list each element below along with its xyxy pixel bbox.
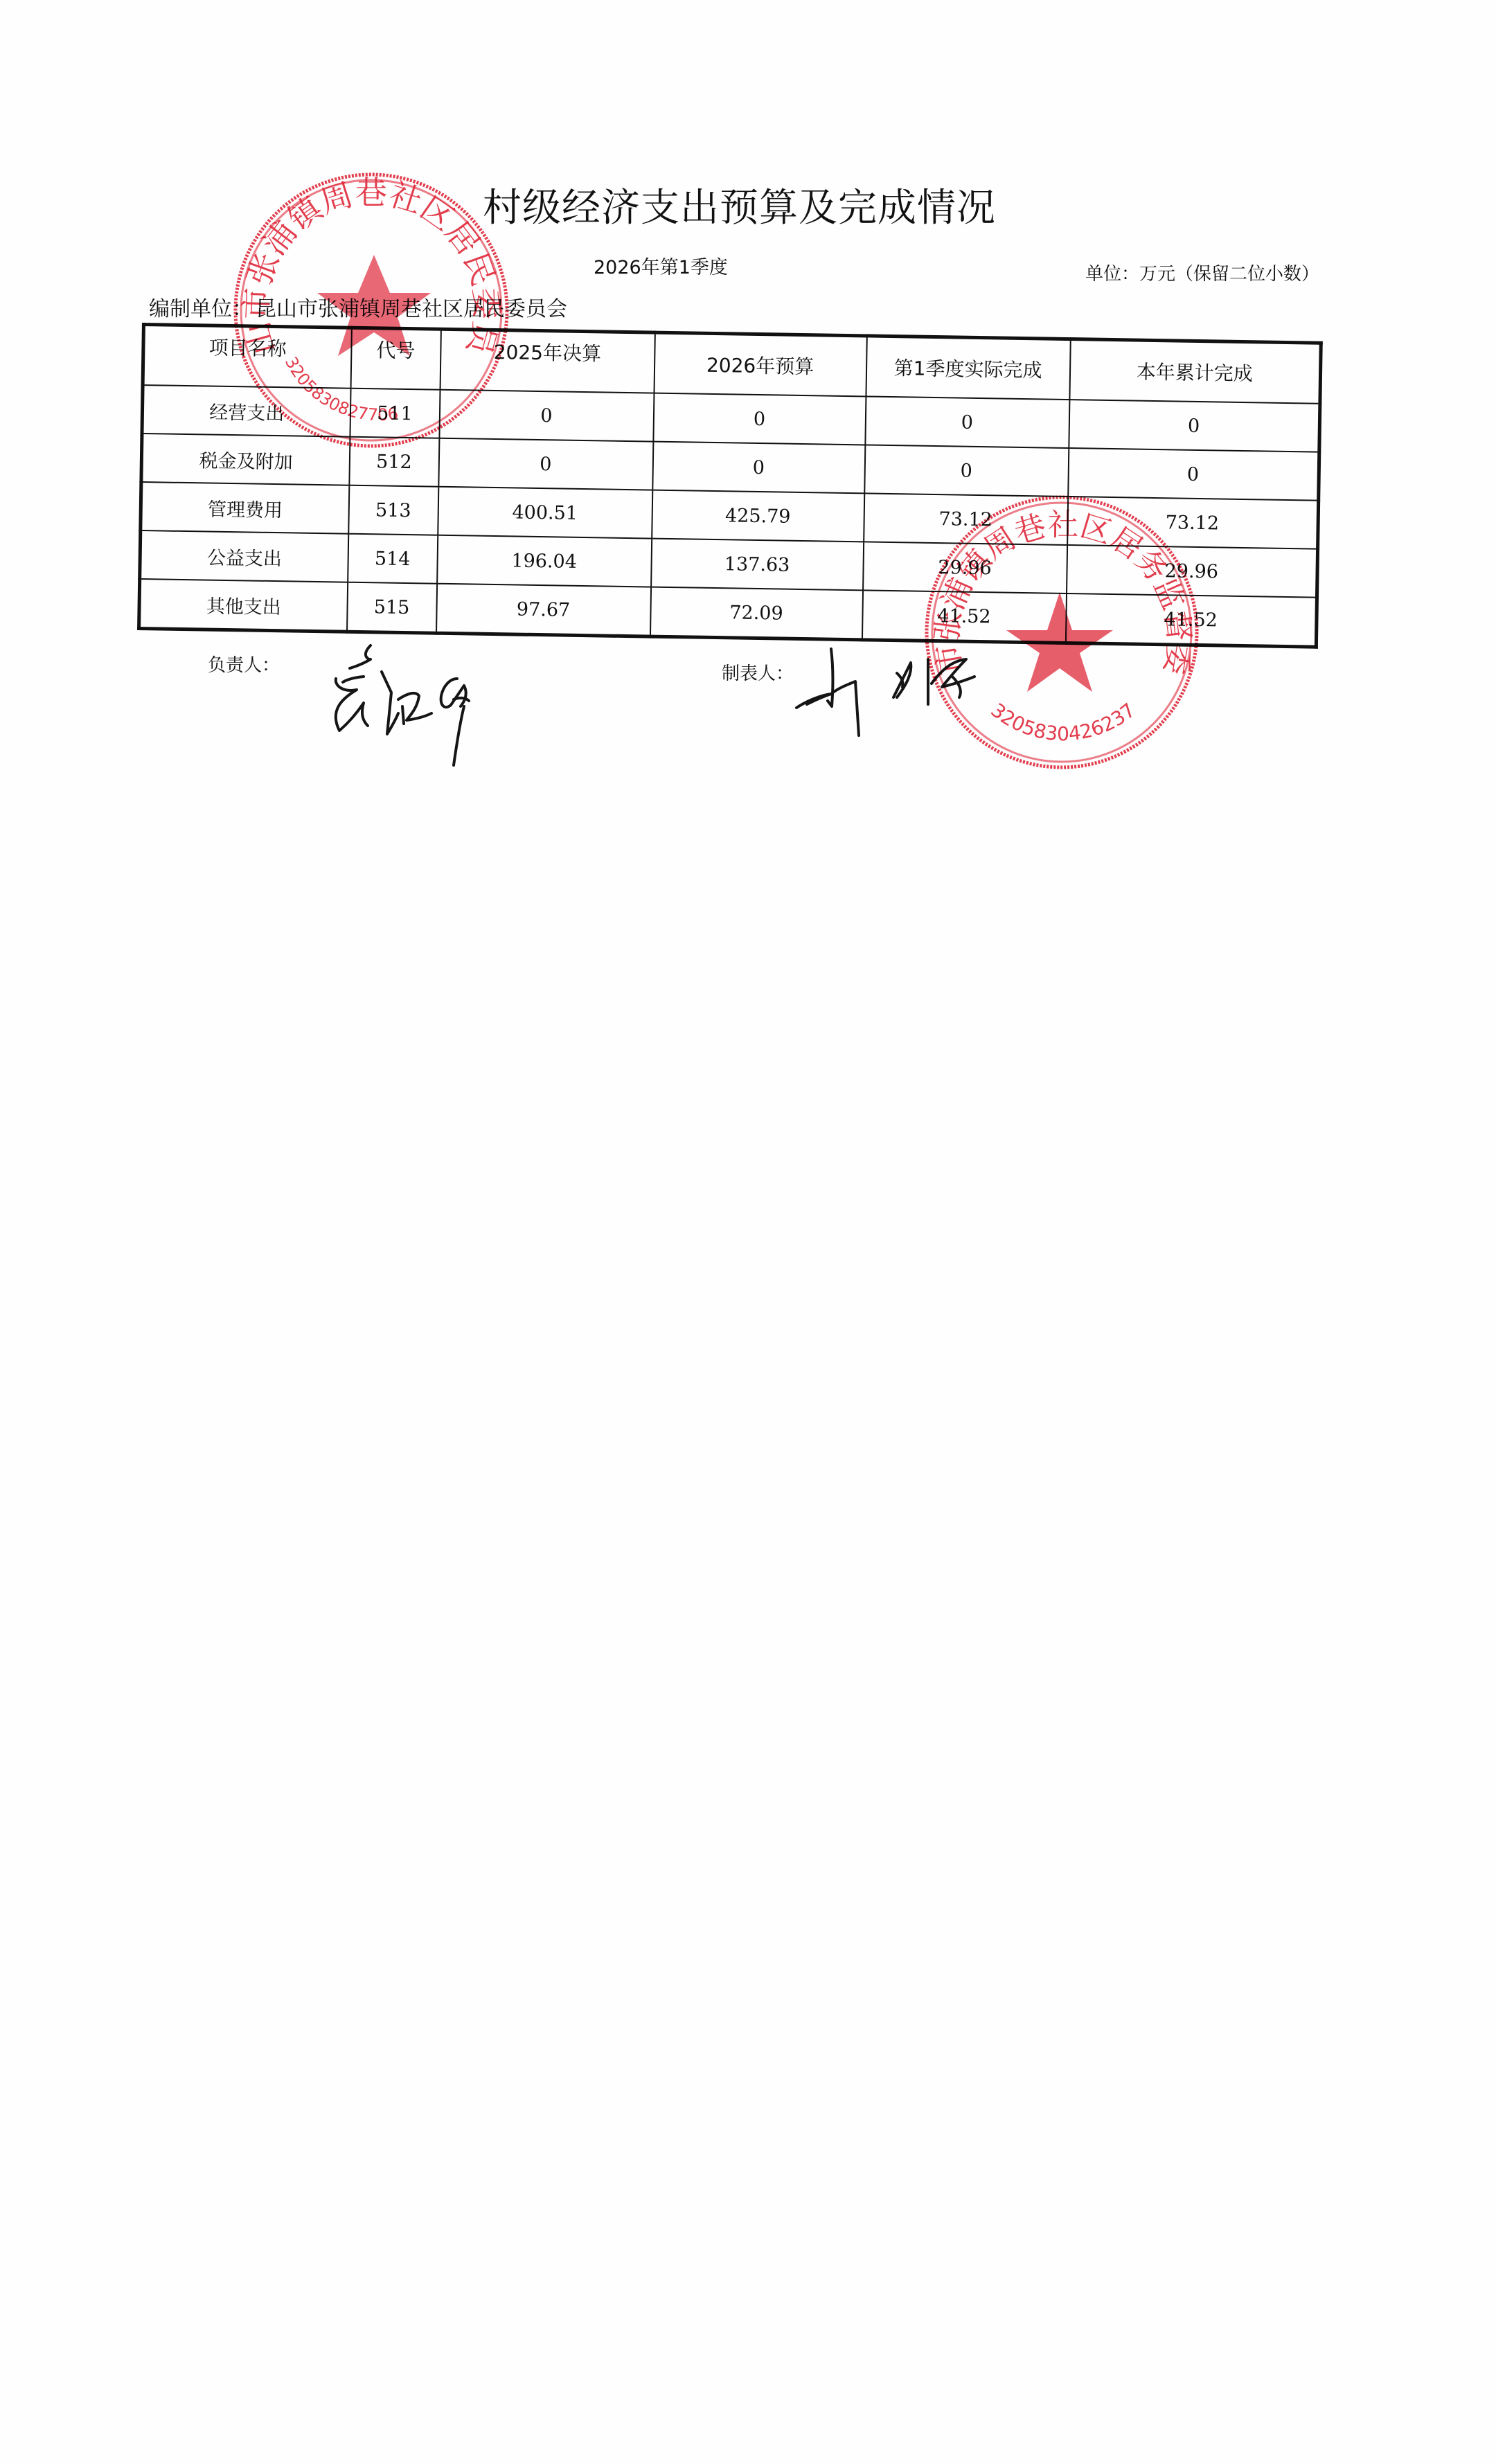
item-name: 管理费用 — [141, 482, 349, 534]
ytd-value: 0 — [1069, 400, 1320, 452]
q1-actual-value: 0 — [865, 396, 1069, 448]
final-2025-value: 400.51 — [438, 487, 652, 539]
document-title: 村级经济支出预算及完成情况 — [483, 177, 996, 233]
budget-2026-value: 425.79 — [652, 490, 864, 542]
official-seal-icon: 昆山市张浦镇周巷社区居民委员会 3205830827706 — [233, 172, 510, 449]
budget-2026-value: 72.09 — [650, 587, 862, 640]
item-code: 513 — [348, 485, 438, 535]
final-2025-value: 97.67 — [436, 584, 651, 636]
budget-2026-value: 137.63 — [651, 539, 864, 591]
svg-text:3205830426237: 3205830426237 — [986, 699, 1139, 745]
seal-number: 3205830827706 — [281, 354, 400, 425]
header-q1-actual: 第1季度实际完成 — [866, 336, 1070, 400]
supervisory-seal-icon: 昆山市张浦镇周巷社区居务监督委员会 3205830426237 — [925, 495, 1202, 772]
header-budget-2026: 2026年预算 — [654, 332, 866, 396]
budget-2026-value: 0 — [652, 442, 865, 494]
preparer-label: 制表人： — [722, 659, 794, 685]
report-period: 2026年第1季度 — [594, 252, 728, 279]
ytd-value: 0 — [1068, 448, 1319, 501]
svg-text:3205830827706: 3205830827706 — [281, 354, 400, 425]
item-code: 515 — [347, 582, 437, 634]
budget-2026-value: 0 — [653, 393, 866, 445]
responsible-signature-icon — [315, 644, 481, 769]
item-code: 514 — [348, 534, 438, 584]
header-ytd: 本年累计完成 — [1069, 339, 1321, 404]
seal-number: 3205830426237 — [986, 699, 1139, 745]
item-name: 公益支出 — [140, 530, 348, 582]
q1-actual-value: 0 — [864, 445, 1069, 497]
final-2025-value: 196.04 — [437, 535, 652, 587]
unit-note: 单位：万元（保留二位小数） — [1085, 260, 1319, 285]
responsible-person-label: 负责人： — [208, 651, 280, 677]
item-name: 其他支出 — [139, 579, 348, 632]
